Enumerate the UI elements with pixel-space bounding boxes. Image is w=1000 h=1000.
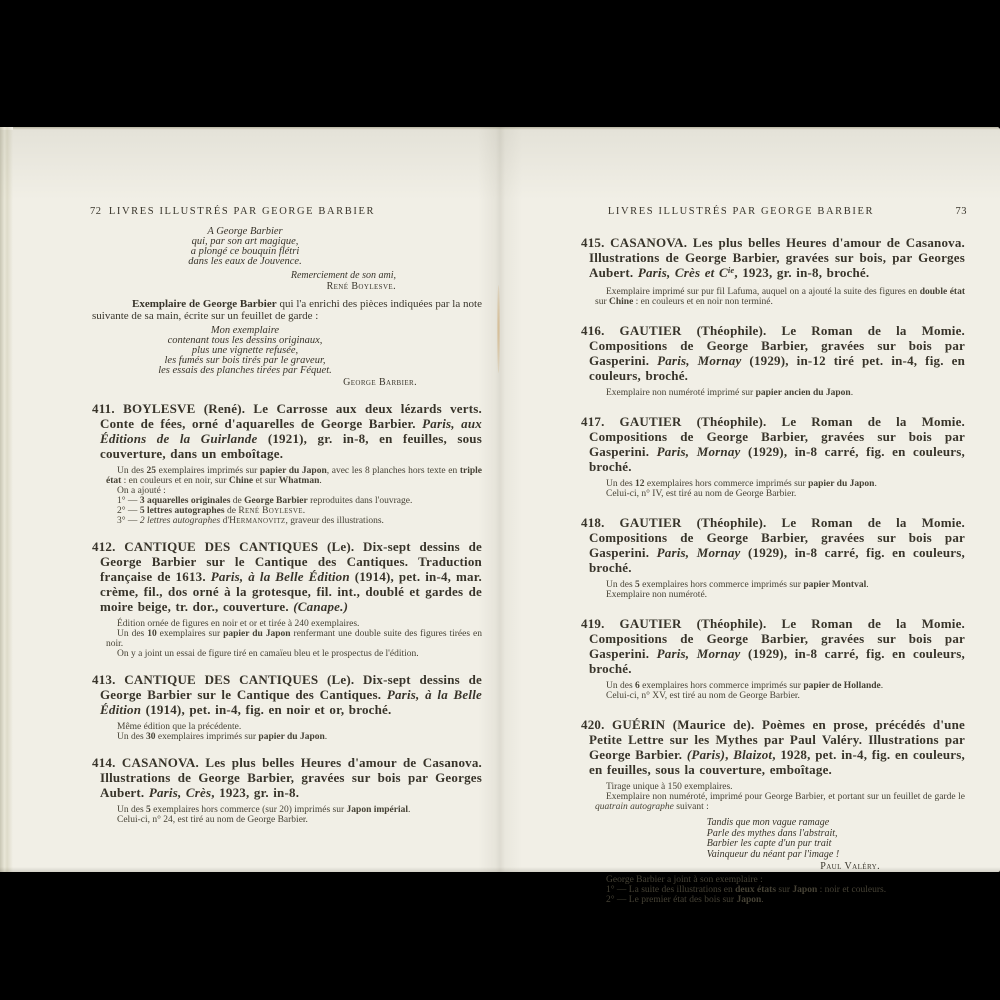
note-line: 2° — 5 lettres autographes de René Boyle… [106,506,482,516]
note-line: Exemplaire imprimé sur pur fil Lafuma, a… [595,287,965,307]
entry-notes: Un des 5 exemplaires hors commerce (sur … [106,805,482,825]
entry-notes: Exemplaire imprimé sur pur fil Lafuma, a… [595,287,965,307]
dedication-block: A George Barbier qui, par son art magiqu… [92,227,398,267]
entry-416: 416. GAUTIER (Théophile). Le Roman de la… [581,323,965,398]
entry-411: 411. BOYLESVE (René). Le Carrosse aux de… [92,401,482,526]
note-line: 2° — Le premier état des bois sur Japon. [595,895,965,905]
note-line: Celui-ci, n° 24, est tiré au nom de Geor… [106,815,482,825]
left-page: 72 LIVRES ILLUSTRÉS PAR GEORGE BARBIER A… [0,127,500,872]
left-page-header: 72 LIVRES ILLUSTRÉS PAR GEORGE BARBIER [92,205,482,219]
entry-heading: 420. GUÉRIN (Maurice de). Poèmes en pros… [581,717,965,777]
note-line: 1° — 3 aquarelles originales de George B… [106,496,482,506]
entry-heading: 419. GAUTIER (Théophile). Le Roman de la… [581,616,965,676]
running-title: LIVRES ILLUSTRÉS PAR GEORGE BARBIER [92,205,392,219]
open-book: 72 LIVRES ILLUSTRÉS PAR GEORGE BARBIER A… [0,127,1000,872]
photo-background: 72 LIVRES ILLUSTRÉS PAR GEORGE BARBIER A… [0,0,1000,1000]
entry-heading: 418. GAUTIER (Théophile). Le Roman de la… [581,515,965,575]
entry-notes: Un des 25 exemplaires imprimés sur papie… [106,466,482,526]
entry-heading: 417. GAUTIER (Théophile). Le Roman de la… [581,414,965,474]
entry-notes: Un des 5 exemplaires hors commerce impri… [595,580,965,600]
manuscript-line: les essais des planches tirées par Féque… [92,366,398,376]
note-line: On a ajouté : [106,486,482,496]
note-line: Tirage unique à 150 exemplaires. [595,782,965,792]
running-title: LIVRES ILLUSTRÉS PAR GEORGE BARBIER [581,205,901,219]
note-line: Celui-ci, n° XV, est tiré au nom de Geor… [595,691,965,701]
entry-notes: Un des 12 exemplaires hors commerce impr… [595,479,965,499]
entry-413: 413. CANTIQUE DES CANTIQUES (Le). Dix-se… [92,672,482,742]
page-number: 73 [956,205,968,219]
entry-heading: 414. CASANOVA. Les plus belles Heures d'… [92,755,482,800]
note-line: Exemplaire non numéroté imprimé sur papi… [595,388,965,398]
note-line: 3° — 2 lettres autographes d'Hermanovitz… [106,516,482,526]
signoff-text: Remerciement de son ami, [92,270,396,281]
entry-heading: 411. BOYLESVE (René). Le Carrosse aux de… [92,401,482,461]
note-line: On y a joint un essai de figure tiré en … [106,649,482,659]
manuscript-signature: George Barbier. [92,377,417,388]
quatrain-block: Tandis que mon vague ramage Parle des my… [707,818,839,860]
entry-419: 419. GAUTIER (Théophile). Le Roman de la… [581,616,965,701]
note-line: Un des 5 exemplaires hors commerce impri… [595,580,965,590]
note-line: Exemplaire non numéroté. [595,590,965,600]
entry-notes: Exemplaire non numéroté imprimé sur papi… [595,388,965,398]
entry-417: 417. GAUTIER (Théophile). Le Roman de la… [581,414,965,499]
note-line: George Barbier a joint à son exemplaire … [595,875,965,885]
note-line: Un des 5 exemplaires hors commerce (sur … [106,805,482,815]
entry-post-notes: George Barbier a joint à son exemplaire … [595,875,965,905]
note-line: Exemplaire non numéroté, imprimé pour Ge… [595,792,965,812]
note-line: Un des 25 exemplaires imprimés sur papie… [106,466,482,486]
quatrain-signature: Paul Valéry. [581,861,880,872]
entry-heading: 412. CANTIQUE DES CANTIQUES (Le). Dix-se… [92,539,482,614]
right-page-header: LIVRES ILLUSTRÉS PAR GEORGE BARBIER 73 [581,205,965,219]
dedication-line: dans les eaux de Jouvence. [92,257,398,267]
note-line: Un des 12 exemplaires hors commerce impr… [595,479,965,489]
note-line: Un des 10 exemplaires sur papier du Japo… [106,629,482,649]
entry-412: 412. CANTIQUE DES CANTIQUES (Le). Dix-se… [92,539,482,659]
note-line: Un des 30 exemplaires imprimés sur papie… [106,732,482,742]
quatrain-line: Tandis que mon vague ramage [707,818,839,829]
entry-notes: Tirage unique à 150 exemplaires. Exempla… [595,782,965,812]
entry-notes: Édition ornée de figures en noir et or e… [106,619,482,659]
signoff-name: René Boylesve. [92,281,396,292]
right-page: LIVRES ILLUSTRÉS PAR GEORGE BARBIER 73 4… [500,127,1000,872]
note-line: Celui-ci, n° IV, est tiré au nom de Geor… [595,489,965,499]
note-line: Même édition que la précédente. [106,722,482,732]
note-line: Un des 6 exemplaires hors commerce impri… [595,681,965,691]
exemplaire-note: Exemplaire de George Barbier qui l'a enr… [92,299,482,322]
note-line: Édition ornée de figures en noir et or e… [106,619,482,629]
entry-notes: Un des 6 exemplaires hors commerce impri… [595,681,965,701]
entry-notes: Même édition que la précédente. Un des 3… [106,722,482,742]
entry-414: 414. CASANOVA. Les plus belles Heures d'… [92,755,482,825]
entry-heading: 415. CASANOVA. Les plus belles Heures d'… [581,235,965,282]
dedication-signoff: Remerciement de son ami, René Boylesve. [92,270,396,292]
quatrain-line: Vainqueur du néant par l'image ! [707,850,839,861]
entry-415: 415. CASANOVA. Les plus belles Heures d'… [581,235,965,307]
entry-420: 420. GUÉRIN (Maurice de). Poèmes en pros… [581,717,965,905]
note-line: 1° — La suite des illustrations en deux … [595,885,965,895]
quatrain-line: Barbier les capte d'un pur trait [707,839,839,850]
entry-heading: 413. CANTIQUE DES CANTIQUES (Le). Dix-se… [92,672,482,717]
manuscript-note-block: Mon exemplaire contenant tous les dessin… [92,326,398,376]
entry-418: 418. GAUTIER (Théophile). Le Roman de la… [581,515,965,600]
entry-heading: 416. GAUTIER (Théophile). Le Roman de la… [581,323,965,383]
